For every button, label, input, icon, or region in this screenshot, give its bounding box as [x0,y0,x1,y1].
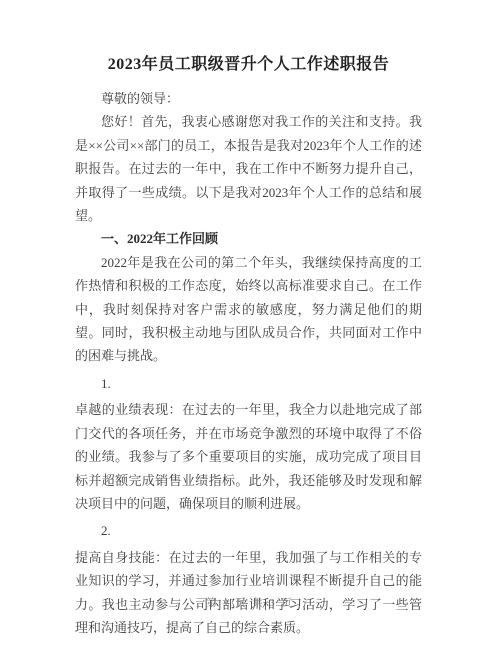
list-item-1-text: 卓越的业绩表现：在过去的一年里，我全力以赴地完成了部门交代的各项任务，并在市场竞… [75,398,422,515]
document-page: 2023年员工职级晋升个人工作述职报告 尊敬的领导： 您好！首先，我衷心感谢您对… [0,0,500,647]
section-heading-2022-review: 一、2022年工作回顾 [75,227,422,250]
list-number-1: 1. [75,372,422,395]
document-title: 2023年员工职级晋升个人工作述职报告 [75,54,422,76]
list-item-2-text: 提高自身技能：在过去的一年里，我加强了与工作相关的专业知识的学习，并通过参加行业… [75,546,422,640]
section-intro-paragraph: 2022年是我在公司的第二个年头，我继续保持高度的工作热情和积极的工作态度，始终… [75,251,422,368]
salutation: 尊敬的领导： [75,87,422,110]
opening-paragraph: 您好！首先，我衷心感谢您对我工作的关注和支持。我是××公司××部门的员工，本报告… [75,110,422,227]
document-content: 2023年员工职级晋升个人工作述职报告 尊敬的领导： 您好！首先，我衷心感谢您对… [0,54,500,639]
list-number-2: 2. [75,519,422,542]
page-number-footer: 第 1 页 共 3 页 [0,595,500,610]
